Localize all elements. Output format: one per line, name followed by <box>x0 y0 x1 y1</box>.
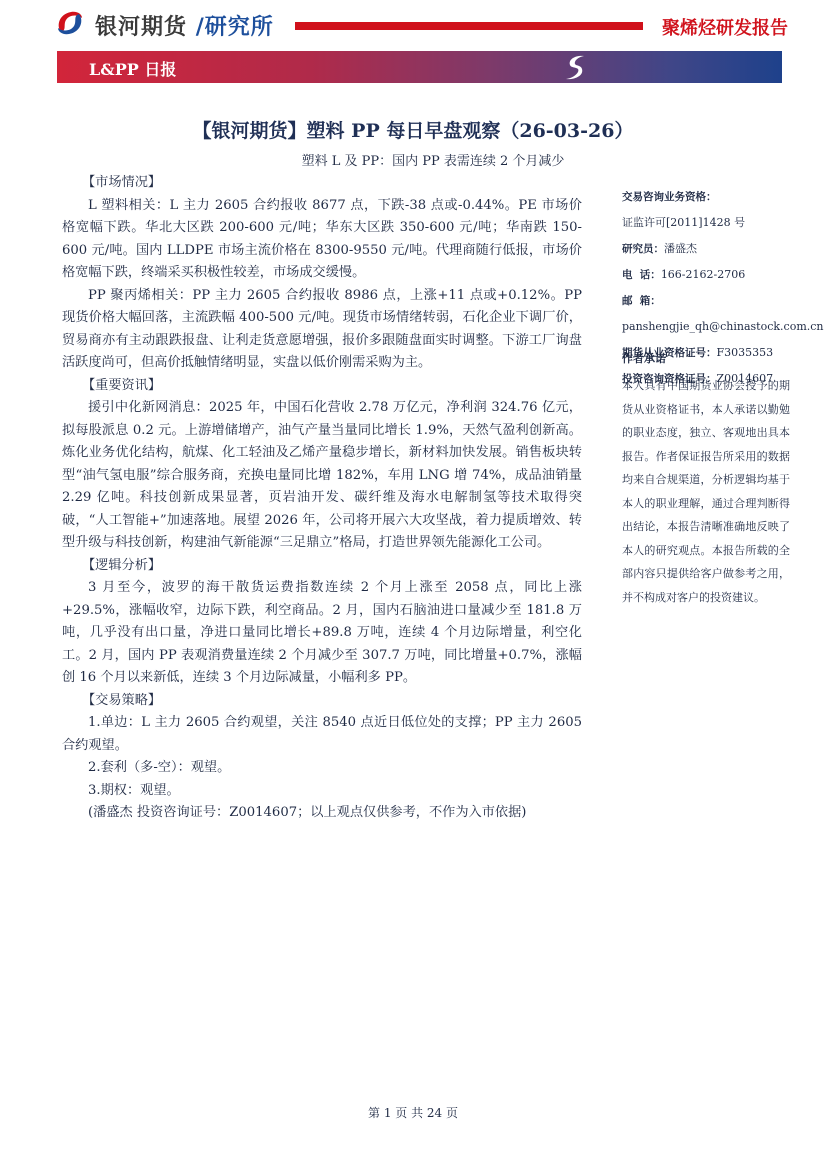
email-address[interactable]: panshengjie_qh@chinastock.com.cn <box>622 314 792 340</box>
futures-cert-number: F3035353 <box>717 346 774 359</box>
qualification-value: 证监许可[2011]1428 号 <box>622 210 792 236</box>
email-label: 邮 箱： <box>622 295 661 307</box>
document-title: 【银河期货】塑料 PP 每日早盘观察（26-03-26） <box>0 116 826 143</box>
report-header: 银河期货 /研究所 聚烯烃研发报告 L&PP 日报 <box>0 0 826 90</box>
page-number: 第 1 页 共 24 页 <box>0 1104 826 1121</box>
researcher-label: 研究员： <box>622 243 664 255</box>
report-category: 聚烯烃研发报告 <box>662 14 788 40</box>
strategy-disclaimer: (潘盛杰 投资咨询证号：Z0014607；以上观点仅供参考，不作为入市依据) <box>62 802 582 825</box>
galaxy-futures-logo-icon <box>55 8 85 38</box>
section-heading-strategy: 【交易策略】 <box>62 690 582 713</box>
phone-row: 电 话：166-2162-2706 <box>622 262 792 288</box>
qualification-row: 交易咨询业务资格： <box>622 184 792 210</box>
main-content: 【市场情况】 L 塑料相关：L 主力 2605 合约报收 8677 点，下跌-3… <box>62 172 582 825</box>
researcher-row: 研究员：潘盛杰 <box>622 236 792 262</box>
banner-label: L&PP 日报 <box>89 57 176 80</box>
strategy-arbitrage: 2.套利（多-空）：观望。 <box>62 757 582 780</box>
header-red-line <box>295 22 643 30</box>
phone-number: 166-2162-2706 <box>661 268 745 281</box>
brand-name: 银河期货 /研究所 <box>95 10 274 41</box>
paragraph-l-plastic: L 塑料相关：L 主力 2605 合约报收 8677 点，下跌-38 点或-0.… <box>62 195 582 285</box>
s-swoosh-icon <box>562 53 590 81</box>
author-promise-title: 作者承诺 <box>622 350 666 366</box>
brand-slash: / <box>196 15 205 40</box>
strategy-options: 3.期权：观望。 <box>62 780 582 803</box>
brand-company: 银河期货 <box>95 15 187 40</box>
author-promise-text: 本人具有中国期货业协会授予的期货从业资格证书，本人承诺以勤勉的职业态度，独立、客… <box>622 374 790 609</box>
document-subtitle: 塑料 L 及 PP：国内 PP 表需连续 2 个月减少 <box>0 150 826 169</box>
qualification-label: 交易咨询业务资格： <box>622 191 717 203</box>
section-heading-news: 【重要资讯】 <box>62 375 582 398</box>
section-heading-logic: 【逻辑分析】 <box>62 555 582 578</box>
phone-label: 电 话： <box>622 269 661 281</box>
paragraph-news: 援引中化新网消息：2025 年，中国石化营收 2.78 万亿元，净利润 324.… <box>62 397 582 555</box>
paragraph-pp: PP 聚丙烯相关：PP 主力 2605 合约报收 8986 点，上涨+11 点或… <box>62 285 582 375</box>
paragraph-logic: 3 月至今，波罗的海干散货运费指数连续 2 个月上涨至 2058 点，同比上涨+… <box>62 577 582 690</box>
section-heading-market: 【市场情况】 <box>62 172 582 195</box>
strategy-single-side: 1.单边：L 主力 2605 合约观望，关注 8540 点近日低位处的支撑；PP… <box>62 712 582 757</box>
researcher-name: 潘盛杰 <box>664 242 697 255</box>
report-banner: L&PP 日报 <box>57 51 782 83</box>
email-row: 邮 箱： <box>622 288 792 314</box>
brand-institute: 研究所 <box>205 15 274 40</box>
